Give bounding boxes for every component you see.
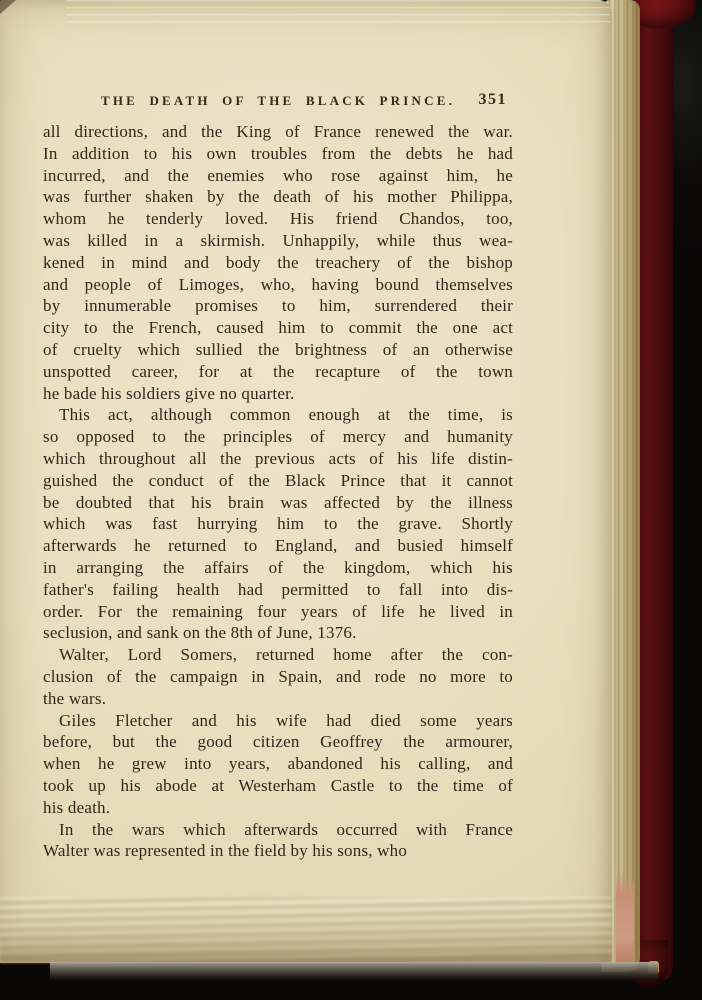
- text-line: which was fast hurrying him to the grave…: [43, 513, 513, 535]
- text-line: city to the French, caused him to commit…: [43, 317, 513, 339]
- text-line: In the wars which afterwards occurred wi…: [43, 819, 513, 841]
- text-line: by innumerable promises to him, surrende…: [43, 295, 513, 317]
- page-number: 351: [479, 89, 508, 111]
- scanner-bed-edge: [50, 962, 658, 980]
- text-line: whom he tenderly loved. His friend Chand…: [43, 208, 513, 230]
- text-line: in arranging the affairs of the kingdom,…: [43, 557, 513, 579]
- text-line: the wars.: [43, 688, 513, 710]
- text-line: which throughout all the previous acts o…: [43, 448, 513, 470]
- page-corner-shadow: [0, 0, 16, 14]
- page-top-edge-streaks: [66, 0, 610, 26]
- text-line: of cruelty which sullied the brightness …: [43, 339, 513, 361]
- text-line: his death.: [43, 797, 513, 819]
- paragraph: Walter, Lord Somers, returned home after…: [43, 644, 513, 709]
- text-line: incurred, and the enemies who rose again…: [43, 165, 513, 187]
- body-text: all directions, and the King of France r…: [43, 121, 513, 862]
- text-line: clusion of the campaign in Spain, and ro…: [43, 666, 513, 688]
- text-line: so opposed to the principles of mercy an…: [43, 426, 513, 448]
- paragraph: all directions, and the King of France r…: [43, 121, 513, 404]
- text-line: Walter was represented in the field by h…: [43, 840, 513, 862]
- text-line: kened in mind and body the treachery of …: [43, 252, 513, 274]
- text-line: In addition to his own troubles from the…: [43, 143, 513, 165]
- text-line: all directions, and the King of France r…: [43, 121, 513, 143]
- running-header: THE DEATH OF THE BLACK PRINCE.: [43, 90, 513, 112]
- paragraph: Giles Fletcher and his wife had died som…: [43, 710, 513, 819]
- text-line: was killed in a skirmish. Unhappily, whi…: [43, 230, 513, 252]
- text-line: took up his abode at Westerham Castle to…: [43, 775, 513, 797]
- text-line: Giles Fletcher and his wife had died som…: [43, 710, 513, 732]
- paragraph: In the wars which afterwards occurred wi…: [43, 819, 513, 863]
- text-line: seclusion, and sank on the 8th of June, …: [43, 622, 513, 644]
- text-line: before, but the good citizen Geoffrey th…: [43, 731, 513, 753]
- text-line: was further shaken by the death of his m…: [43, 186, 513, 208]
- text-line: he bade his soldiers give no quarter.: [43, 383, 513, 405]
- text-line: guished the conduct of the Black Prince …: [43, 470, 513, 492]
- paragraph: This act, although common enough at the …: [43, 404, 513, 644]
- text-line: order. For the remaining four years of l…: [43, 601, 513, 623]
- scanned-book-photo: THE DEATH OF THE BLACK PRINCE. 351 all d…: [0, 0, 702, 1000]
- running-header-row: THE DEATH OF THE BLACK PRINCE. 351: [43, 90, 513, 112]
- page-bottom-edge-blur: [0, 897, 612, 963]
- text-line: and people of Limoges, who, having bound…: [43, 274, 513, 296]
- text-line: This act, although common enough at the …: [43, 404, 513, 426]
- text-line: afterwards he returned to England, and b…: [43, 535, 513, 557]
- text-line: be doubted that his brain was affected b…: [43, 492, 513, 514]
- text-line: unspotted career, for at the recapture o…: [43, 361, 513, 383]
- text-line: Walter, Lord Somers, returned home after…: [43, 644, 513, 666]
- endpaper-edge: [616, 874, 634, 966]
- text-line: when he grew into years, abandoned his c…: [43, 753, 513, 775]
- text-line: father's failing health had permitted to…: [43, 579, 513, 601]
